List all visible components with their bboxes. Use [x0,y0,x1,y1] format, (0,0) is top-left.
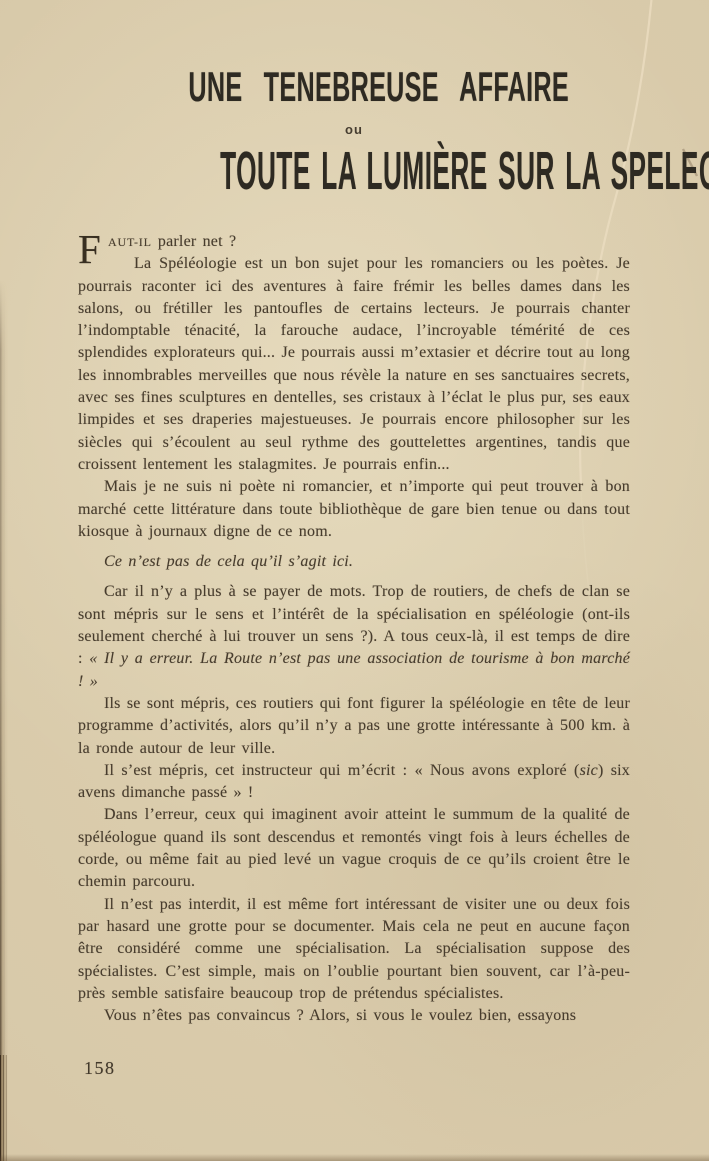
scanned-book-page: UNE TENEBREUSE AFFAIRE ou TOUTE LA LUMIÈ… [0,0,709,1161]
paragraph: Ils se sont mépris, ces routiers qui fon… [78,693,630,760]
article-title-line2: TOUTE LA LUMIÈRE SUR LA SPELEOLOGIE [220,145,488,197]
article-title-line1: UNE TENEBREUSE AFFAIRE [188,66,519,108]
dropcap-initial: F [78,231,108,266]
page-stack-edge [0,1055,9,1161]
page-number: 158 [84,1058,116,1079]
title-connector: ou [78,122,630,137]
paragraph: Il s’est mépris, cet instructeur qui m’é… [78,760,630,805]
paragraph: Car il n’y a plus à se payer de mots. Tr… [78,581,630,692]
body-text: Faut-il parler net ?La Spéléologie est u… [78,231,630,1027]
book-spine-shadow [0,280,8,1161]
paragraph: Dans l’erreur, ceux qui imaginent avoir … [78,804,630,893]
paragraph: Faut-il parler net ? [78,231,630,253]
page-content: UNE TENEBREUSE AFFAIRE ou TOUTE LA LUMIÈ… [78,66,630,1027]
paragraph: La Spéléologie est un bon sujet pour les… [78,253,630,476]
paragraph: Il n’est pas interdit, il est même fort … [78,894,630,1005]
aside-paragraph: Ce n’est pas de cela qu’il s’agit ici. [78,551,630,573]
paragraph: Mais je ne suis ni poète ni romancier, e… [78,476,630,543]
page-bottom-shadow [0,1154,709,1161]
paragraph: Vous n’êtes pas convaincus ? Alors, si v… [78,1005,630,1027]
